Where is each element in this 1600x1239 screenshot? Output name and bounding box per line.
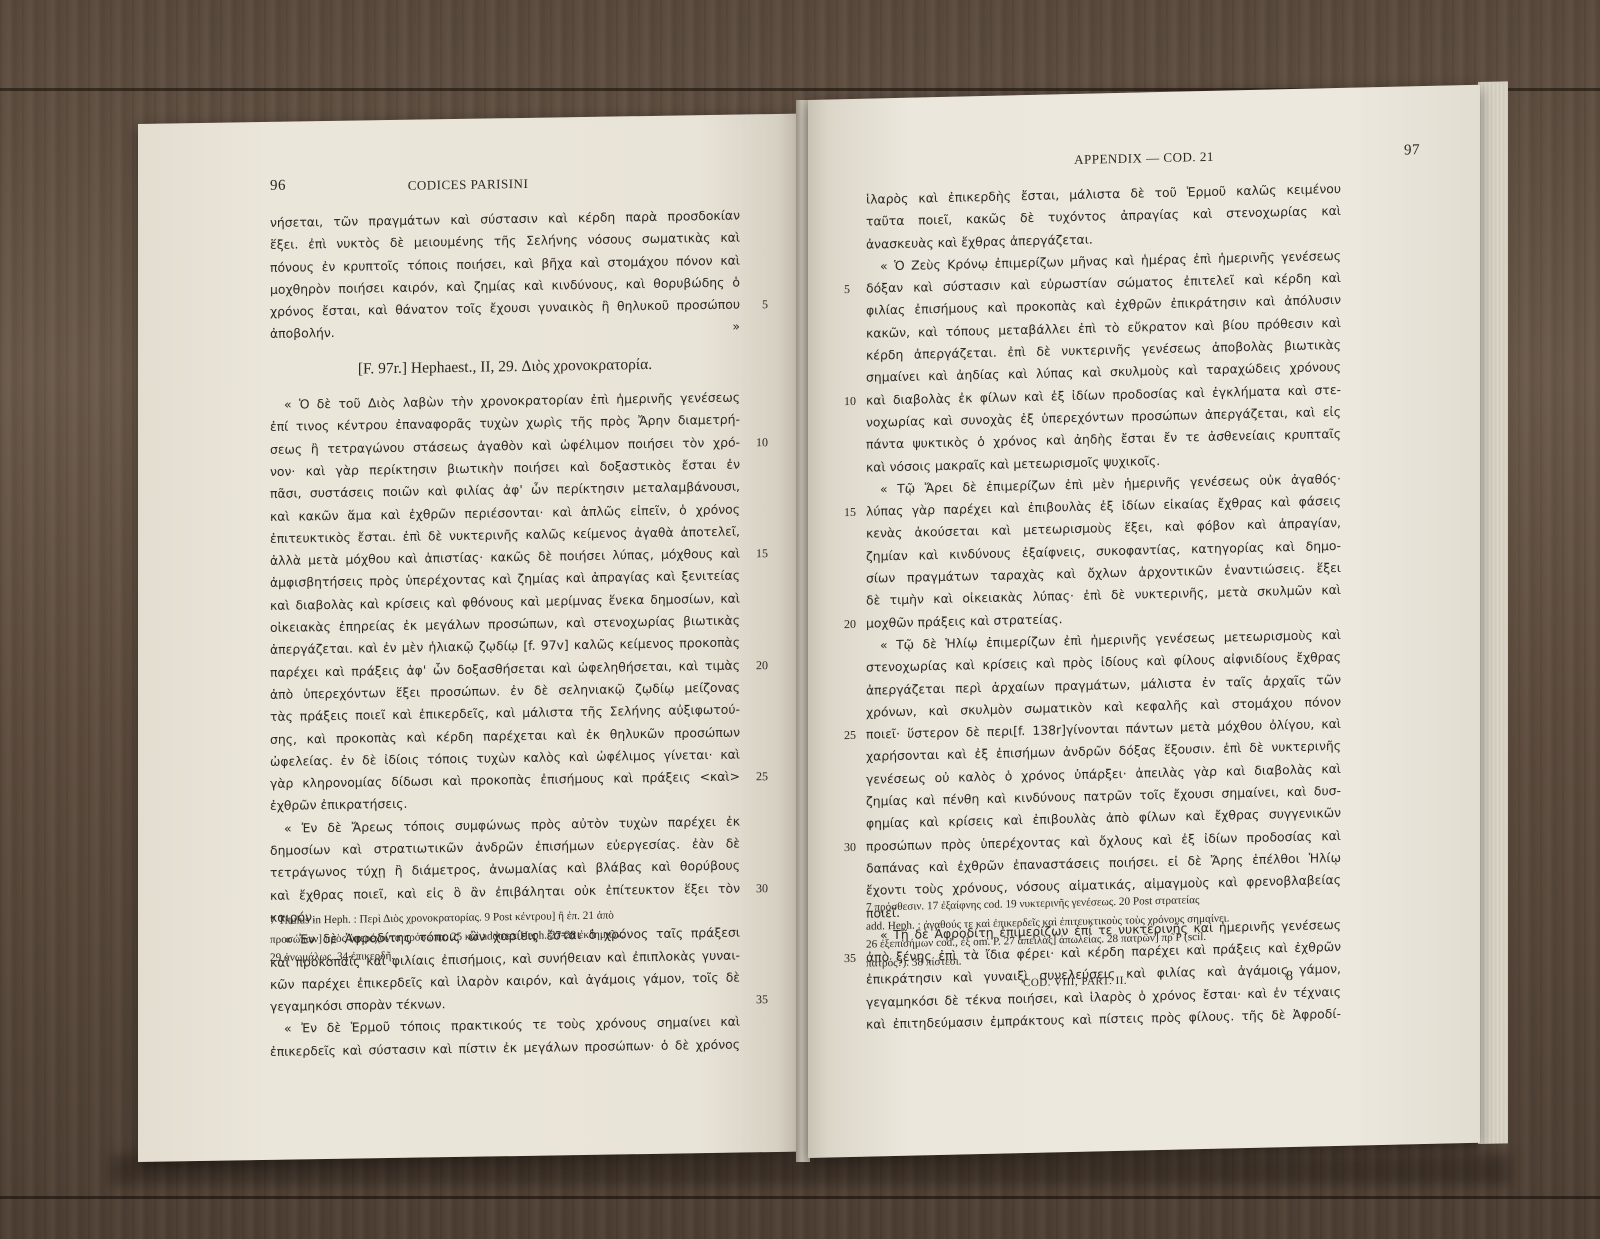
line-text: ἀπὸ ὑπερεχόντων ἕξει προσώπων. ἐν δὲ σελ… bbox=[270, 679, 740, 701]
line-number: 15 bbox=[844, 501, 856, 524]
line-number: 5 bbox=[844, 278, 850, 300]
line-text: παρέχει καὶ πράξεις ἀφ' ὧν δοξασθήσεται … bbox=[270, 657, 740, 679]
line-number: 15 bbox=[756, 542, 768, 564]
line-text: ἕξει. ἐπὶ νυκτὸς δὲ μειουμένης τῆς Σελήν… bbox=[270, 230, 740, 252]
page-edges bbox=[1478, 81, 1508, 1144]
left-footnotes: 7 Titulus in Heph. : Περὶ Διὸς χρονοκρατ… bbox=[270, 905, 740, 968]
line-text: ἀμφισβητήσεις πρὸς ὑπερέχοντας καὶ ζημία… bbox=[270, 568, 740, 590]
line-number: 20 bbox=[756, 654, 768, 676]
right-footnotes: 7 πρόσθεσιν. 17 ἐξαίφνης cod. 19 νυκτερι… bbox=[866, 888, 1346, 973]
line-text: ἐπικερδεῖς καὶ σύστασιν καὶ πίστιν ἐκ με… bbox=[270, 1036, 740, 1058]
line-text: ἐχθρῶν ἐπικρατήσεις. bbox=[270, 796, 408, 813]
running-title: CODICES PARISINI bbox=[138, 172, 798, 198]
line-text: μοχθῶν πράξεις καὶ στρατείας. bbox=[866, 611, 1063, 630]
line-text: κῶν παρέχει ἐπικερδεῖς καὶ ἱλαρὸν καιρόν… bbox=[270, 969, 740, 991]
line-text: γεγαμηκόσι σπορὰν τέκνων. bbox=[270, 996, 446, 1014]
line-number: 35 bbox=[756, 988, 768, 1010]
line-text: ἀνασκευὰς καὶ ἔχθρας ἀπεργάζεται. bbox=[866, 231, 1093, 251]
book-shadow bbox=[110, 1155, 1510, 1185]
line-text: οἰκειακὰς ἐπηρείας ἐκ μεγάλων προσώπων, … bbox=[270, 613, 740, 635]
page-number: 97 bbox=[1404, 142, 1420, 159]
line-text: « Ἐν δὲ Ἑρμοῦ τόποις πρακτικούς τε τοὺς … bbox=[284, 1014, 740, 1036]
line-text: ἀπεργάζεται. καὶ ἐν μὲν ἡλιακῷ ζῳδίῳ [f.… bbox=[270, 635, 740, 657]
line-text: καὶ διαβολὰς καὶ κρίσεις καὶ φθόνους καὶ… bbox=[270, 590, 740, 612]
line-text: δημοσίων καὶ στρατιωτικῶν ἀνδρῶν ἐπισήμω… bbox=[270, 836, 740, 858]
signature-mark: COD. VIII, PART. II. bbox=[1023, 975, 1127, 989]
line-text: γὰρ κληρονομίας δίδωσι καὶ προκοπὰς ἐπισ… bbox=[270, 769, 740, 791]
line-text: χρόνος ἔσται, καὶ θάνατον τοῖς ἔχουσι γυ… bbox=[270, 297, 740, 319]
line-text: πᾶσι, συστάσεις ποιῶν καὶ φιλίας ἀφ' ὧν … bbox=[270, 479, 740, 501]
section-heading: [F. 97r.] Hephaest., II, 29. Διὸς χρονοκ… bbox=[270, 352, 740, 382]
right-running-head: APPENDIX — COD. 21 97 bbox=[808, 143, 1480, 178]
line-text: ἐπί τινος κέντρου ἐπαναφορᾶς τυχὼν χωρὶς… bbox=[270, 412, 740, 434]
line-number: 25 bbox=[756, 765, 768, 787]
line-text: « Ὁ δὲ τοῦ Διὸς λαβὼν τὴν χρονοκρατορίαν… bbox=[284, 390, 740, 412]
line-text: καὶ κακῶν ἅμα καὶ ἐχθρῶν περιέσονται· κα… bbox=[270, 501, 740, 523]
line-number: 5 bbox=[762, 293, 768, 315]
line-text: ἐπιτευκτικὸς ἔσται. ἐπὶ δὲ νυκτερινῆς κα… bbox=[270, 523, 740, 545]
right-page: APPENDIX — COD. 21 97 ἱλαρὸς καὶ ἐπικερδ… bbox=[808, 85, 1480, 1158]
line-number: 25 bbox=[844, 724, 856, 747]
line-text: ἀποβολήν. » bbox=[270, 319, 740, 341]
line-text: τὰς πράξεις ποιεῖ καὶ ἐπικερδεῖς, καὶ μά… bbox=[270, 702, 740, 724]
line-text: ὠφελείας. ἐν δὲ ἰδίοις τόποις τυχὼν καλὸ… bbox=[270, 746, 740, 768]
line-number: 10 bbox=[756, 431, 768, 453]
line-number: 10 bbox=[844, 390, 856, 413]
wood-plank-seam bbox=[0, 1196, 1600, 1199]
line-text: « Ἐν δὲ Ἄρεως τόποις συμφώνως πρὸς αὐτὸν… bbox=[284, 813, 740, 835]
line-text: σεως ἢ τετραγώνου στάσεως ἀγαθὸν καὶ ὠφέ… bbox=[270, 434, 740, 456]
line-number: 30 bbox=[844, 836, 856, 859]
line-number: 30 bbox=[756, 877, 768, 899]
line-text: νον· καὶ γὰρ περίκτησιν βιωτικὴν ποιήσει… bbox=[270, 457, 740, 479]
line-text: καὶ ἔχθρας ποιεῖ, καὶ εἰς ὃ ἂν ἐπιβάλητα… bbox=[270, 880, 740, 902]
line-number: 20 bbox=[844, 613, 856, 636]
line-text: μοχθηρὸν ποιήσει καιρόν, καὶ ζημίας καὶ … bbox=[270, 274, 740, 296]
line-text: σης, καὶ προκοπὰς καὶ κέρδη παρέχεται κα… bbox=[270, 724, 740, 746]
line-text: τετράγωνος τύχῃ ἢ διάμετρος, ἀνωμαλίας κ… bbox=[270, 858, 740, 880]
line-text: καὶ νόσοις μακραῖς καὶ μετεωρισμοῖς ψυχι… bbox=[866, 453, 1160, 475]
line-number: 35 bbox=[844, 947, 856, 970]
line-text: ἀλλὰ μετὰ μόχθου καὶ ἀπιστίας· κακῶς δὲ … bbox=[270, 546, 740, 568]
line-text: πόνους ἐν κρυπτοῖς τόποις ποιήσει, καὶ β… bbox=[270, 252, 740, 274]
running-title: APPENDIX — COD. 21 bbox=[808, 143, 1480, 174]
left-running-head: 96 CODICES PARISINI bbox=[138, 172, 798, 202]
line-text: νήσεται, τῶν πραγμάτων καὶ σύστασιν καὶ … bbox=[270, 208, 740, 230]
left-page: 96 CODICES PARISINI νήσεται, τῶν πραγμάτ… bbox=[138, 114, 798, 1162]
signature-number: 8 bbox=[1286, 969, 1293, 985]
